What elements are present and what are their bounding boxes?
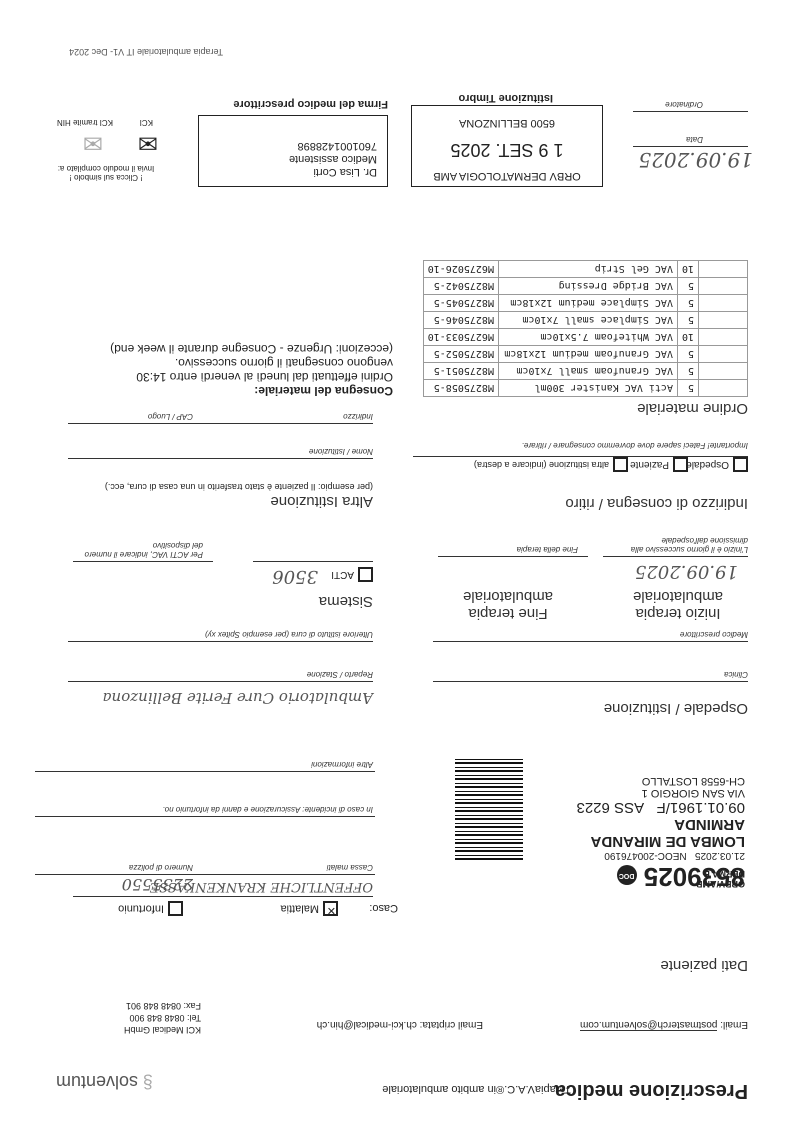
- order-item: Acti VAC Kanister 300ml: [498, 380, 677, 397]
- system-device-number: 3506: [272, 566, 318, 587]
- order-code: M8275046-5: [423, 312, 498, 329]
- therapy-end-title: Fine terapia ambulatoriale: [438, 588, 578, 622]
- order-item: VAC Simplace small 7x10cm: [498, 312, 677, 329]
- patient-label-sticker: 8539025 DOC ORBV/AMBDERMA B 21.03.2025 N…: [395, 742, 745, 892]
- delivery-altra-checkbox[interactable]: altra istituzione (indicare a destra): [474, 457, 628, 472]
- order-check-cell[interactable]: [699, 295, 748, 312]
- order-code: M8275042-5: [423, 278, 498, 295]
- patient-section-title: Dati paziente: [660, 957, 748, 974]
- kci-hin-email-icon[interactable]: ✉: [83, 128, 103, 157]
- checkbox-icon: [673, 457, 688, 472]
- order-qty: 5: [677, 380, 698, 397]
- order-qty: 5: [677, 312, 698, 329]
- company-contact: KCI Medical GmbHTel: 0848 848 900Fax: 08…: [124, 1000, 201, 1036]
- table-row: 10VAC Whitefoam 7.5x10cmM6275033-10: [423, 329, 747, 346]
- ward-value: Ambulatorio Cure Ferite Bellinzona: [103, 689, 373, 707]
- checkbox-icon: [323, 901, 338, 916]
- table-row: 5Acti VAC Kanister 300mlM8275058-5: [423, 380, 747, 397]
- case-infortunio-checkbox[interactable]: Infortunio: [118, 901, 183, 916]
- order-check-cell[interactable]: [699, 329, 748, 346]
- delivery-ospedale-checkbox[interactable]: Ospedale: [686, 457, 748, 472]
- signature-box[interactable]: Dr. Lisa CortiMedico assistente760100142…: [198, 115, 388, 187]
- table-row: 5VAC Granufoam small 7x10cmM8275051-5: [423, 363, 747, 380]
- order-item: VAC Simplace medium 12x18cm: [498, 295, 677, 312]
- checkbox-icon: [358, 567, 373, 582]
- order-qty: 5: [677, 278, 698, 295]
- order-code: M6275026-10: [423, 261, 498, 278]
- order-item: VAC Whitefoam 7.5x10cm: [498, 329, 677, 346]
- order-code: M8275045-5: [423, 295, 498, 312]
- crypt-email-block: Email criptata: ch.kci-medical@hin.ch: [317, 1019, 483, 1030]
- order-qty: 10: [677, 329, 698, 346]
- case-label: Caso:: [369, 902, 398, 914]
- form-title: Prescrizione medica: [555, 1079, 748, 1102]
- crypt-email-link[interactable]: ch.kci-medical@hin.ch: [317, 1019, 417, 1030]
- solventum-logo-icon: §: [138, 1072, 153, 1092]
- date-value: 19.09.2025: [638, 148, 753, 172]
- order-section-title: Ordine materiale: [637, 400, 748, 417]
- order-item: VAC Granufoam small 7x10cm: [498, 363, 677, 380]
- order-code: M8275051-5: [423, 363, 498, 380]
- table-row: 10VAC Gel StripM6275026-10: [423, 261, 747, 278]
- system-acti-checkbox[interactable]: ACTI: [331, 567, 373, 582]
- checkbox-icon: [168, 901, 183, 916]
- checkbox-icon: [613, 457, 628, 472]
- order-code: M8275058-5: [423, 380, 498, 397]
- order-item: VAC Bridge Dressing: [498, 278, 677, 295]
- institution-stamp: ORBV DERMATOLOGIA AMB 1 9 SET. 2025 6500…: [411, 105, 603, 187]
- system-title: Sistema: [319, 593, 373, 610]
- order-item: VAC Granufoam medium 12x18cm: [498, 346, 677, 363]
- checkbox-icon: [733, 457, 748, 472]
- barcode: [455, 758, 523, 860]
- order-item: VAC Gel Strip: [498, 261, 677, 278]
- other-institution-title: Altra Istituzione: [270, 493, 373, 510]
- form-subtitle: TerapiaV.A.C.®in ambito ambulatoriale: [382, 1083, 571, 1095]
- order-code: M6275033-10: [423, 329, 498, 346]
- order-table: 5Acti VAC Kanister 300mlM8275058-55VAC G…: [423, 260, 748, 397]
- order-check-cell[interactable]: [699, 363, 748, 380]
- table-row: 5VAC Bridge DressingM8275042-5: [423, 278, 747, 295]
- order-check-cell[interactable]: [699, 312, 748, 329]
- order-check-cell[interactable]: [699, 261, 748, 278]
- delivery-paziente-checkbox[interactable]: Paziente: [630, 457, 688, 472]
- delivery-section-title: Indirizzo di consegna / ritiro: [565, 495, 748, 512]
- table-row: 5VAC Simplace small 7x10cmM8275046-5: [423, 312, 747, 329]
- order-qty: 5: [677, 295, 698, 312]
- hospital-section-title: Ospedale / Istituzione: [604, 700, 748, 717]
- case-malattia-checkbox[interactable]: Malattia: [280, 901, 338, 916]
- doc-badge: DOC: [617, 865, 637, 885]
- email-block: Email: postmasterch@solventum.com: [580, 1019, 748, 1030]
- order-check-cell[interactable]: [699, 380, 748, 397]
- order-check-cell[interactable]: [699, 346, 748, 363]
- prescription-form: Prescrizione medica TerapiaV.A.C.®in amb…: [0, 0, 793, 1122]
- table-row: 5VAC Simplace medium 12x18cmM8275045-5: [423, 295, 747, 312]
- brand-logo: § solventum: [56, 1071, 153, 1092]
- order-check-cell[interactable]: [699, 278, 748, 295]
- therapy-start-value: 19.09.2025: [635, 561, 738, 582]
- form-version: Terapia ambulatoriale IT V1- Dec 2024: [69, 47, 223, 57]
- order-qty: 10: [677, 261, 698, 278]
- order-qty: 5: [677, 363, 698, 380]
- table-row: 5VAC Granufoam medium 12x18cmM8275052-5: [423, 346, 747, 363]
- kci-email-icon[interactable]: ✉: [138, 128, 158, 157]
- email-link[interactable]: postmasterch@solventum.com: [580, 1019, 717, 1031]
- order-code: M8275052-5: [423, 346, 498, 363]
- policy-value: 2235550: [122, 875, 193, 894]
- therapy-start-title: Inizio terapia ambulatoriale: [608, 588, 748, 622]
- order-qty: 5: [677, 346, 698, 363]
- delivery-info: Consegna del materiale: Ordini effettuat…: [110, 342, 393, 398]
